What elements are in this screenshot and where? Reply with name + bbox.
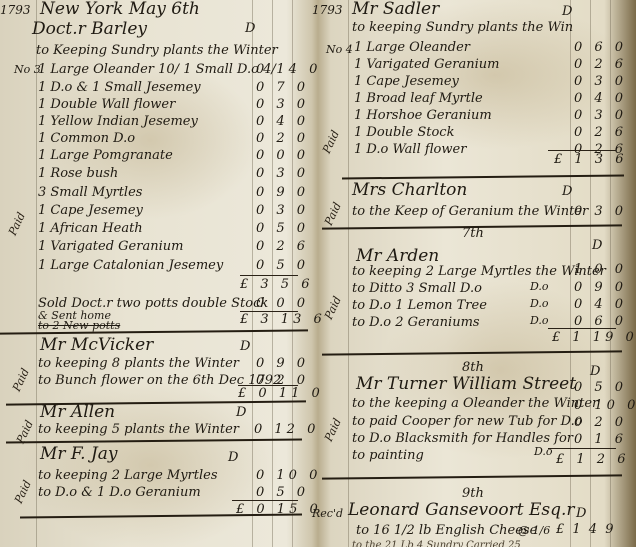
item-amount: 0 4 0 — [574, 91, 627, 106]
ledger-item: 1 Cape Jesemey — [354, 74, 459, 90]
sum-rule — [240, 275, 298, 276]
account-name: Leonard Gansevoort Esq.r — [348, 502, 575, 518]
account-total: £ 1 3 6 — [554, 152, 627, 167]
account-name: Mr McVicker — [40, 337, 153, 353]
currency-mark: D — [228, 450, 238, 466]
page-year: 1793 — [312, 2, 343, 18]
currency-mark: D — [240, 339, 250, 355]
margin-paid-note: Paid — [322, 294, 344, 321]
account-separator — [6, 438, 302, 443]
account-separator — [342, 175, 624, 180]
account-name: Mr Allen — [40, 404, 115, 420]
account-name: Mr Turner William Street — [356, 376, 576, 392]
right-ledger-page: 1793 Mr Sadler D to keeping Sundry plant… — [312, 0, 628, 547]
page-year: 1793 — [0, 2, 31, 18]
account-total: £ 1 2 6 — [556, 452, 629, 467]
ledger-item: 1 Varigated Geranium — [354, 57, 499, 73]
ledger-item: to the keeping a Oleander the Winter — [352, 396, 598, 412]
item-amount: 0 4 0 — [574, 297, 627, 312]
item-amount: 0 3 0 — [256, 166, 309, 181]
item-amount: 0 5 0 — [256, 485, 309, 500]
currency-mark: D — [576, 506, 586, 522]
item-amount: 0 3 0 — [256, 203, 309, 218]
account-total: £ 1 19 0 — [552, 330, 636, 345]
sum-rule — [548, 328, 616, 329]
ledger-item: to D.o 1 Lemon Tree — [352, 298, 487, 314]
ledger-item: to Ditto 3 Small D.o — [352, 281, 482, 297]
account-name: Mrs Charlton — [352, 182, 467, 198]
margin-paid-note: Paid — [322, 200, 344, 227]
item-amount: 0 6 0 — [574, 40, 627, 55]
ledger-item: 1 African Heath — [38, 221, 143, 237]
account-description: to keeping Sundry plants the Win — [352, 20, 573, 36]
pounds-column-rule — [252, 0, 253, 547]
item-amount: 0 9 0 — [256, 185, 309, 200]
ledger-item: 1 Rose bush — [38, 166, 118, 182]
item-amount: 0 7 0 — [256, 80, 309, 95]
account-name: Doct.r Barley — [32, 21, 147, 37]
item-amount: 0 9 0 — [574, 280, 627, 295]
ledger-item: 1 Large Oleander 10/ 1 Small D.o 4/ — [38, 62, 276, 78]
currency-mark: D — [245, 21, 255, 37]
margin-reference: No 3 — [14, 62, 41, 78]
currency-mark: D — [562, 184, 572, 200]
account-total: £ 0 11 0 — [238, 386, 324, 401]
currency-mark: D — [592, 238, 602, 254]
margin-paid-note: Paid — [322, 416, 344, 443]
ledger-item: to 16 1/2 lb English Cheese — [356, 523, 537, 539]
ledger-item: 1 Double Stock — [354, 125, 454, 141]
item-rate: @ 1/6 — [518, 523, 550, 539]
item-amount: 0 10 0 — [574, 398, 636, 413]
entry-date: 7th — [462, 226, 484, 242]
sum-rule — [232, 500, 298, 501]
ledger-item: 1 Horshoe Geranium — [354, 108, 492, 124]
margin-rule — [36, 0, 37, 547]
account-separator — [322, 350, 622, 355]
item-amount: 0 2 0 — [574, 415, 627, 430]
margin-rule — [348, 0, 349, 547]
item-amount: 0 4 0 — [256, 114, 309, 129]
margin-received-note: Rec'd — [312, 506, 343, 522]
ledger-item: 1 Cape Jesemey — [38, 203, 143, 219]
ledger-item: to the 21 Lb 4 Sundry Carried 25 — [352, 538, 521, 547]
item-amount: 0 12 0 — [254, 422, 319, 437]
ledger-item: to keeping 2 Large Myrtles the Winter — [352, 264, 606, 280]
currency-mark: D — [236, 405, 246, 421]
ledger-item: 1 Large Pomgranate — [38, 148, 173, 164]
ledger-item: 1 D.o Wall flower — [354, 142, 466, 158]
ledger-item: 1 Yellow Indian Jesemey — [38, 114, 198, 130]
ledger-item: to painting — [352, 448, 424, 464]
currency-mark: D — [590, 364, 600, 380]
ledger-item: 1 Large Oleander — [354, 40, 470, 56]
page-heading-date: New York May 6th — [40, 1, 200, 17]
item-amount: £ 1 4 9 — [556, 522, 615, 537]
item-amount: 0 2 6 — [574, 57, 627, 72]
ditto-mark: D.o — [530, 279, 549, 295]
ledger-item: to D.o 2 Geraniums — [352, 315, 480, 331]
margin-reference: No 4 — [326, 42, 353, 58]
ledger-item: 1 Large Catalonian Jesemey — [38, 258, 223, 274]
item-amount: 0 2 6 — [574, 125, 627, 140]
left-ledger-page: 1793 New York May 6th Doct.r Barley D to… — [0, 0, 308, 547]
margin-paid-note: Paid — [12, 478, 34, 505]
item-amount: 0 9 0 — [256, 356, 309, 371]
ledger-item: 3 Small Myrtles — [38, 185, 142, 201]
ledger-item: to paid Cooper for new Tub for D.o — [352, 414, 583, 430]
account-description: to Keeping Sundry plants the Winter — [36, 43, 278, 59]
ledger-item: to keeping 8 plants the Winter — [38, 356, 239, 372]
item-amount: 0 0 0 — [256, 148, 309, 163]
account-name: Mr F. Jay — [40, 446, 117, 462]
account-name: Mr Sadler — [352, 1, 439, 17]
ditto-mark: D.o — [530, 313, 549, 329]
margin-paid-note: Paid — [320, 128, 342, 155]
item-amount: 0 3 0 — [574, 204, 627, 219]
sum-rule — [548, 448, 616, 449]
item-amount: 0 3 0 — [574, 74, 627, 89]
item-amount: 0 3 0 — [256, 97, 309, 112]
item-amount: 0 2 0 — [256, 131, 309, 146]
ledger-item: 1 Double Wall flower — [38, 97, 175, 113]
account-name: Mr Arden — [356, 248, 439, 264]
item-amount: 1 0 0 — [574, 262, 627, 277]
ledger-item: to D.o & 1 D.o Geranium — [38, 485, 201, 501]
currency-mark: D — [562, 4, 572, 20]
item-amount: 0 3 0 — [574, 108, 627, 123]
ledger-item: to the Keep of Geranium the Winter — [352, 204, 588, 220]
ledger-book-spread: 1793 New York May 6th Doct.r Barley D to… — [0, 0, 636, 547]
ditto-mark: D.o — [534, 444, 553, 460]
item-amount: 0 5 0 — [574, 380, 627, 395]
item-amount: 0 2 6 — [256, 239, 309, 254]
ledger-item: to keeping 2 Large Myrtles — [38, 468, 218, 484]
sum-rule — [548, 150, 616, 151]
ledger-item: 1 Broad leaf Myrtle — [354, 91, 483, 107]
account-separator — [322, 474, 622, 479]
margin-paid-note: Paid — [6, 210, 28, 237]
ditto-mark: D.o — [530, 296, 549, 312]
item-amount: 0 1 6 — [574, 432, 627, 447]
ledger-item: to keeping 5 plants the Winter — [38, 422, 239, 438]
ledger-item: 1 Common D.o — [38, 131, 135, 147]
margin-paid-note: Paid — [10, 366, 32, 393]
item-amount: 0 5 0 — [256, 221, 309, 236]
item-amount: 0 0 0 — [256, 296, 309, 311]
ledger-item: 1 Varigated Geranium — [38, 239, 183, 255]
item-amount: 0 6 0 — [574, 314, 627, 329]
ledger-item: 1 D.o & 1 Small Jesemey — [38, 80, 201, 96]
account-subtotal: £ 3 5 6 — [240, 277, 313, 292]
item-amount: 0 5 0 — [256, 258, 309, 273]
